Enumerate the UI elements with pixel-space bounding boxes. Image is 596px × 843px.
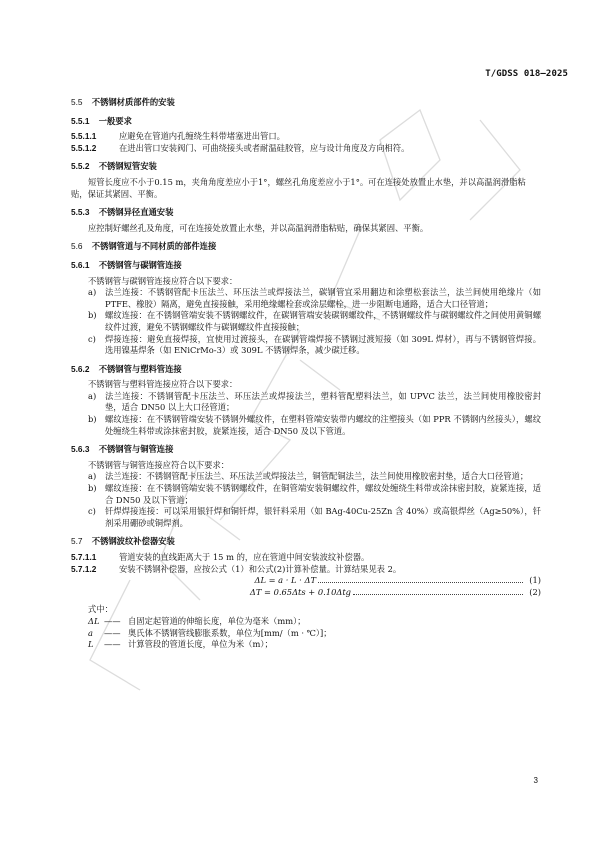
formula-number: (1): [525, 575, 541, 587]
list-item: c) 焊接连接：避免直接焊接，宜使用过渡接头，在碳钢管端焊接不锈钢过渡短接（如 …: [71, 334, 541, 357]
clause-number: 5.5.1.1: [71, 131, 119, 143]
paragraph-5-5-3: 应控制好螺丝孔及角度，可在连接处放置止水垫，并以高温润滑脂粘贴，确保其紧固、平衡…: [71, 223, 541, 235]
symbol: L: [88, 639, 104, 651]
section-number: 5.6.1: [71, 260, 89, 270]
section-number: 5.6: [71, 241, 83, 251]
list-text: 法兰连接：不锈钢管配卡压法兰、环压法兰或焊接法兰，铜管配铜法兰，法兰间使用橡胶密…: [105, 471, 541, 483]
section-5-6-2-heading: 5.6.2 不锈钢管与塑料管连接: [71, 364, 541, 376]
clause-number: 5.7.1.1: [71, 552, 119, 564]
list-item: a) 法兰连接：不锈钢管配卡压法兰、环压法兰或焊接法兰，铜管配铜法兰，法兰间使用…: [71, 471, 541, 483]
section-5-5-heading: 5.5 不锈钢材质部件的安装: [71, 97, 541, 109]
list-item: b) 螺纹连接：在不锈钢管端安装不锈钢螺纹件，在铜管端安装铜螺纹件，螺纹处缠绕生…: [71, 483, 541, 506]
list-text: 焊接连接：避免直接焊接，宜使用过渡接头，在碳钢管端焊接不锈钢过渡短接（如 309…: [105, 334, 541, 357]
section-number: 5.5.2: [71, 161, 89, 171]
paragraph-5-5-2: 短管长度应不小于0.15 m，夹角角度差应小于1°，螺丝孔角度差应小于1°。可在…: [71, 177, 541, 200]
section-number: 5.5: [71, 97, 83, 107]
section-number: 5.6.3: [71, 444, 89, 454]
list-label: c): [88, 506, 105, 529]
clause-5-5-1-2: 5.5.1.2 在进出管口安装阀门、可曲绕接头或者耐温硅胶管，应与设计角度及方向…: [71, 143, 541, 155]
symbol-dash: ——: [104, 628, 128, 640]
document-body: 5.5 不锈钢材质部件的安装 5.5.1 一般要求 5.5.1.1 应避免在管道…: [71, 97, 541, 651]
clause-number: 5.7.1.2: [71, 564, 119, 576]
formula-expression: ΔL = a · L · ΔT: [254, 575, 316, 587]
list-label: a): [88, 287, 105, 310]
list-item: b) 螺纹连接：在不锈钢管端安装不锈钢螺纹件，在碳钢管端安装碳钢螺纹件，不锈钢螺…: [71, 310, 541, 333]
lead-text: 不锈钢管与铜管连接应符合以下要求：: [71, 460, 541, 472]
list-text: 钎焊焊接连接：可以采用银钎焊和铜钎焊，银钎料采用（如 BAg-40Cu-25Zn…: [105, 506, 541, 529]
section-title: 不锈钢异径直通安装: [99, 207, 174, 217]
list-label: a): [88, 471, 105, 483]
section-5-6-3-heading: 5.6.3 不锈钢管与铜管连接: [71, 444, 541, 456]
page-number: 3: [534, 776, 538, 785]
list-item: b) 螺纹连接：在不锈钢管端安装不锈钢外螺纹件，在塑料管端安装带内螺纹的注塑接头…: [71, 414, 541, 437]
section-5-6-1-heading: 5.6.1 不锈钢管与碳钢管连接: [71, 260, 541, 272]
section-title: 不锈钢管道与不同材质的部件连接: [92, 241, 216, 251]
list-text: 螺纹连接：在不锈钢管端安装不锈钢外螺纹件，在塑料管端安装带内螺纹的注塑接头（如 …: [105, 414, 541, 437]
clause-5-7-1-1: 5.7.1.1 管道安装的直线距离大于 15 m 的，应在管道中间安装波纹补偿器…: [71, 552, 541, 564]
section-title: 不锈钢管与铜管连接: [99, 444, 174, 454]
leader-dots: [353, 593, 523, 595]
section-number: 5.5.3: [71, 207, 89, 217]
clause-number: 5.5.1.2: [71, 143, 119, 155]
clause-text: 安装不锈钢补偿器，应按公式（1）和公式(2)计算补偿量。计算结果见表 2。: [119, 564, 541, 576]
section-title: 一般要求: [99, 116, 132, 126]
where-label: 式中：: [71, 604, 541, 616]
list-label: a): [88, 391, 105, 414]
symbol-definition: a —— 奥氏体不锈钢管线膨胀系数，单位为[mm/（m · ℃）]；: [71, 628, 541, 640]
section-5-5-1-heading: 5.5.1 一般要求: [71, 116, 541, 128]
symbol-dash: ——: [104, 639, 128, 651]
list-label: c): [88, 334, 105, 357]
list-text: 螺纹连接：在不锈钢管端安装不锈钢螺纹件，在铜管端安装铜螺纹件，螺纹处缠绕生料带或…: [105, 483, 541, 506]
clause-text: 应避免在管道内孔缠绕生料带堵塞进出管口。: [119, 131, 541, 143]
section-5-7-heading: 5.7 不锈钢波纹补偿器安装: [71, 536, 541, 548]
section-title: 不锈钢管与碳钢管连接: [99, 260, 182, 270]
list-label: b): [88, 310, 105, 333]
section-5-6-heading: 5.6 不锈钢管道与不同材质的部件连接: [71, 241, 541, 253]
symbol-description: 自固定起管道的伸缩长度，单位为毫米（mm）；: [128, 616, 306, 628]
list-label: b): [88, 483, 105, 506]
clause-5-7-1-2: 5.7.1.2 安装不锈钢补偿器，应按公式（1）和公式(2)计算补偿量。计算结果…: [71, 564, 541, 576]
clause-5-5-1-1: 5.5.1.1 应避免在管道内孔缠绕生料带堵塞进出管口。: [71, 131, 541, 143]
section-number: 5.6.2: [71, 364, 89, 374]
clause-text: 在进出管口安装阀门、可曲绕接头或者耐温硅胶管，应与设计角度及方向相符。: [119, 143, 541, 155]
symbol: ΔL: [88, 616, 104, 628]
list-item: c) 钎焊焊接连接：可以采用银钎焊和铜钎焊，银钎料采用（如 BAg-40Cu-2…: [71, 506, 541, 529]
section-title: 不锈钢短管安装: [99, 161, 157, 171]
formula-expression: ΔT = 0.65Δts + 0.10Δtg: [250, 587, 351, 599]
section-number: 5.5.1: [71, 116, 89, 126]
section-5-5-3-heading: 5.5.3 不锈钢异径直通安装: [71, 207, 541, 219]
symbol-description: 计算管段的管道长度，单位为米（m）；: [128, 639, 273, 651]
formula-2: ΔT = 0.65Δts + 0.10Δtg (2): [71, 587, 541, 599]
standard-code: T/GDSS 018—2025: [485, 69, 568, 79]
document-page: T/GDSS 018—2025 5.5 不锈钢材质部件的安装 5.5.1 一般要…: [0, 0, 596, 843]
list-text: 法兰连接：不锈钢管配卡压法兰、环压法兰或焊接法兰，碳钢管宜采用翻边和涂塑松套法兰…: [105, 287, 541, 310]
list-item: a) 法兰连接：不锈钢管配卡压法兰、环压法兰或焊接法兰，塑料管配塑料法兰，如 U…: [71, 391, 541, 414]
section-title: 不锈钢材质部件的安装: [92, 97, 175, 107]
leader-dots: [318, 581, 523, 583]
list-item: a) 法兰连接：不锈钢管配卡压法兰、环压法兰或焊接法兰，碳钢管宜采用翻边和涂塑松…: [71, 287, 541, 310]
symbol-definition: ΔL —— 自固定起管道的伸缩长度，单位为毫米（mm）；: [71, 616, 541, 628]
section-title: 不锈钢波纹补偿器安装: [92, 536, 175, 546]
formula-1: ΔL = a · L · ΔT (1): [71, 575, 541, 587]
symbol-dash: ——: [104, 616, 128, 628]
list-text: 法兰连接：不锈钢管配卡压法兰、环压法兰或焊接法兰，塑料管配塑料法兰，如 UPVC…: [105, 391, 541, 414]
list-label: b): [88, 414, 105, 437]
formula-number: (2): [525, 587, 541, 599]
section-5-5-2-heading: 5.5.2 不锈钢短管安装: [71, 161, 541, 173]
list-text: 螺纹连接：在不锈钢管端安装不锈钢螺纹件，在碳钢管端安装碳钢螺纹件，不锈钢螺纹件与…: [105, 310, 541, 333]
symbol-definition: L —— 计算管段的管道长度，单位为米（m）；: [71, 639, 541, 651]
clause-text: 管道安装的直线距离大于 15 m 的，应在管道中间安装波纹补偿器。: [119, 552, 541, 564]
symbol: a: [88, 628, 104, 640]
lead-text: 不锈钢管与碳钢管连接应符合以下要求：: [71, 276, 541, 288]
symbol-description: 奥氏体不锈钢管线膨胀系数，单位为[mm/（m · ℃）]；: [128, 628, 332, 640]
section-number: 5.7: [71, 536, 83, 546]
section-title: 不锈钢管与塑料管连接: [99, 364, 182, 374]
lead-text: 不锈钢管与塑料管连接应符合以下要求：: [71, 379, 541, 391]
